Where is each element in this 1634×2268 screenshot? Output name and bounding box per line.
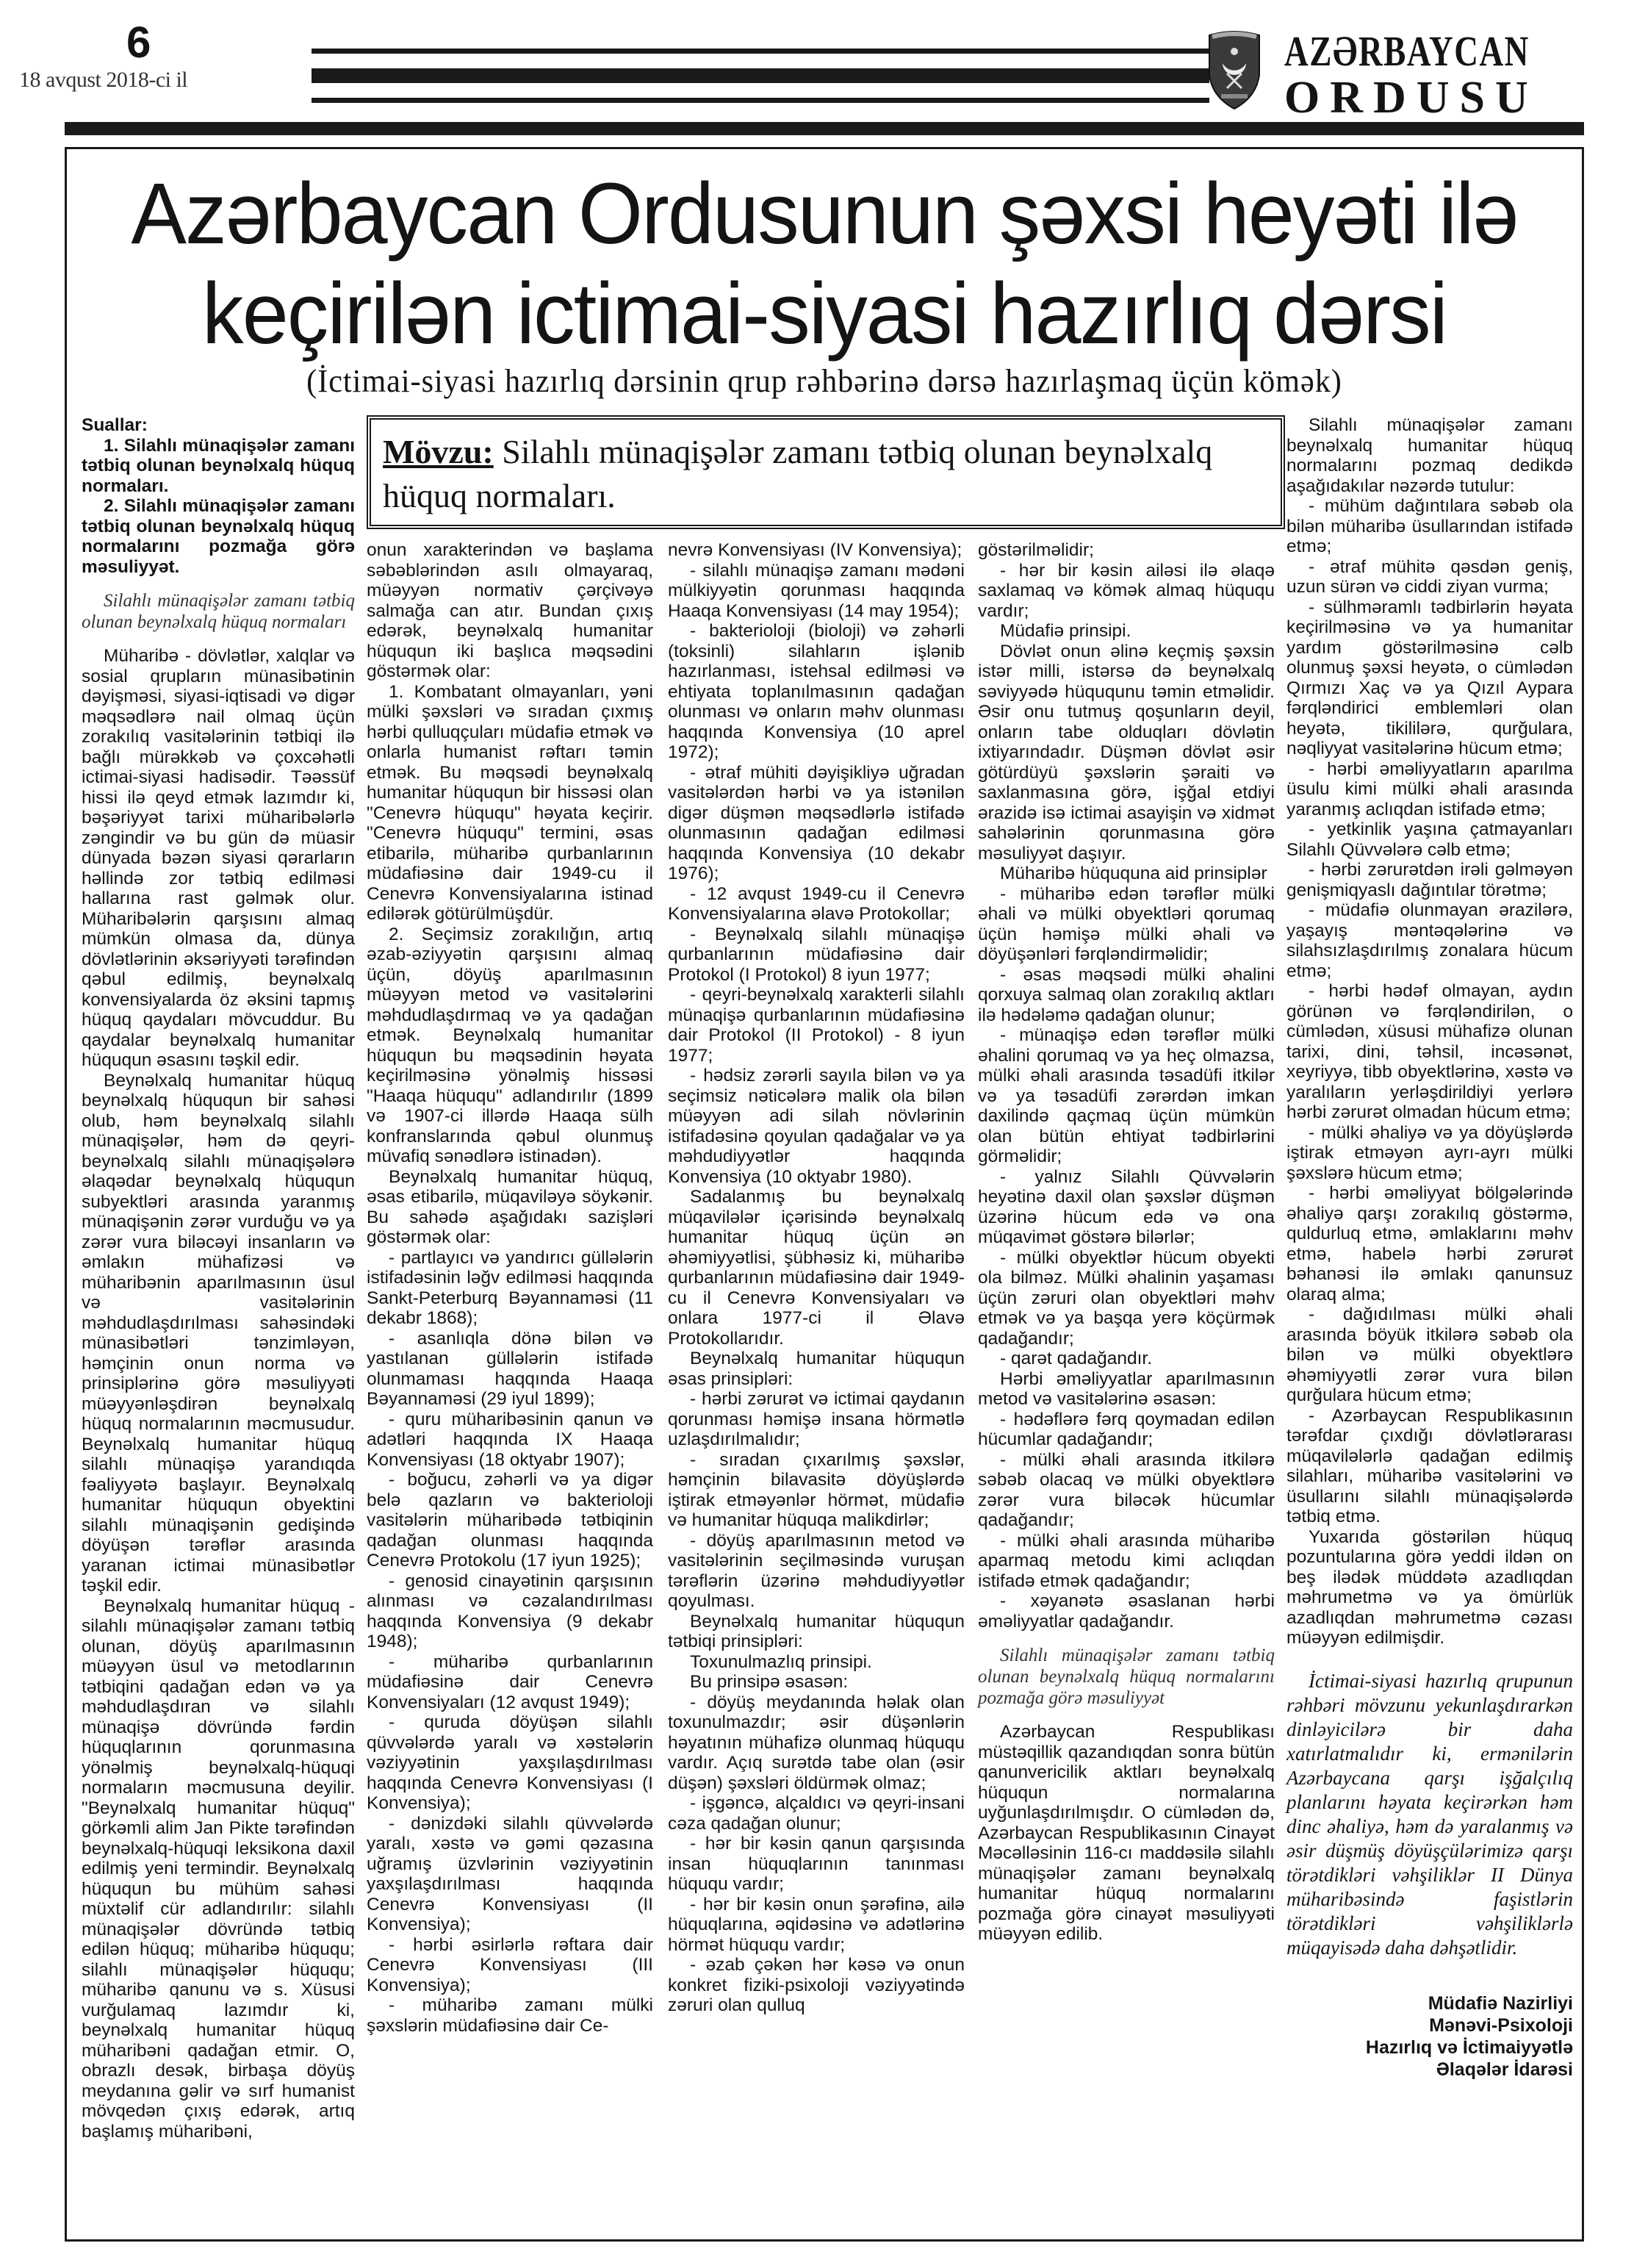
topic-text: Silahlı münaqişələr zamanı tətbiq olunan… — [383, 433, 1212, 514]
list-item: - döyüş meydanında həlak olan toxunulmaz… — [668, 1693, 965, 1794]
list-item: - hərbi hədəf olmayan, aydın görünən və … — [1286, 981, 1573, 1123]
paragraph: göstərilməlidir; — [978, 540, 1275, 561]
list-item: - Beynəlxalq silahlı münaqişə qurbanları… — [668, 925, 965, 986]
list-item: - hərbi əməliyyat bölgələrində əhaliyə q… — [1286, 1183, 1573, 1305]
article-signature: Müdafiə Nazirliyi Mənəvi-Psixoloji Hazır… — [1286, 1992, 1573, 2081]
list-item: - mülki əhali arasında itkilərə səbəb ol… — [978, 1450, 1275, 1531]
list-item: - quruda döyüşən silahlı qüvvələrdə yara… — [367, 1712, 653, 1814]
question-1: 1. Silahlı münaqişələr zamanı tətbiq olu… — [82, 436, 355, 497]
column-2: onun xarakterindən və başlama səbəblərin… — [367, 540, 653, 2036]
list-item: - genosid cinayətinin qarşısının alınmas… — [367, 1571, 653, 1652]
topic-box: Mövzu: Silahlı münaqişələr zamanı tətbiq… — [367, 415, 1285, 529]
questions-title: Suallar: — [82, 415, 355, 436]
masthead-rules — [312, 49, 1209, 118]
signature-line: Müdafiə Nazirliyi — [1286, 1992, 1573, 2014]
list-item: - mühüm dağıntılara səbəb ola bilən müha… — [1286, 496, 1573, 557]
list-item: - hər bir kəsin onun şərəfinə, ailə hüqu… — [668, 1895, 965, 1956]
list-item: - Azərbaycan Respublikasının tərəfdar çı… — [1286, 1406, 1573, 1527]
paragraph: Beynəlxalq humanitar hüququn əsas prinsi… — [668, 1349, 965, 1389]
list-item: - münaqişə edən tərəflər mülki əhalini q… — [978, 1025, 1275, 1167]
paragraph: Müharibə - dövlətlər, xalqlar və sosial … — [82, 646, 355, 1071]
list-item: - hərbi zərurət və ictimai qaydanın qoru… — [668, 1389, 965, 1450]
topic-label: Mövzu: — [383, 433, 494, 470]
paragraph: Sadalanmış bu beynəlxalq müqavilələr içə… — [668, 1187, 965, 1349]
paragraph: Beynəlxalq humanitar hüquq beynəlxalq hü… — [82, 1071, 355, 1596]
list-item: - qeyri-beynəlxalq xarakterli silahlı mü… — [668, 985, 965, 1066]
list-item: - müharibə zamanı mülki şəxslərin müdafi… — [367, 1995, 653, 2036]
page-number: 6 — [126, 21, 151, 65]
masthead-rule-thick — [312, 68, 1209, 83]
masthead-rule-thin — [312, 98, 1209, 103]
paragraph: 1. Kombatant olmayanları, yəni mülki şəx… — [367, 682, 653, 925]
list-item: - əzab çəkən hər kəsə və onun konkret fi… — [668, 1955, 965, 2016]
paragraph: Hərbi əməliyyatlar aparılmasının metod v… — [978, 1369, 1275, 1410]
list-item: - partlayıcı və yandırıcı güllələrin ist… — [367, 1248, 653, 1329]
list-item: - sıradan çıxarılmış şəxslər, həmçinin b… — [668, 1450, 965, 1531]
list-item: - sülhməramlı tədbirlərin həyata keçiril… — [1286, 597, 1573, 759]
paragraph: Dövlət onun əlinə keçmiş şəxsin istər mi… — [978, 642, 1275, 864]
paragraph: onun xarakterindən və başlama səbəblərin… — [367, 540, 653, 682]
list-item: - asanlıqla dönə bilən və yastılanan gül… — [367, 1329, 653, 1410]
list-item: - hərbi əsirlərlə rəftara dair Cenevrə K… — [367, 1935, 653, 1996]
list-item: - ətraf mühiti dəyişikliyə uğradan vasit… — [668, 763, 965, 884]
paragraph: Beynəlxalq humanitar hüququn tətbiqi pri… — [668, 1612, 965, 1652]
newspaper-brand: AZƏRBAYCAN ORDUSU — [1284, 29, 1634, 122]
list-item: - yalnız Silahlı Qüvvələrin heyətinə dax… — [978, 1167, 1275, 1248]
list-item: - ətraf mühitə qəsdən geniş, uzun sürən … — [1286, 557, 1573, 597]
paragraph: Beynəlxalq humanitar hüquq - silahlı mün… — [82, 1596, 355, 2142]
list-item: - əsas məqsədi mülki əhalini qorxuya sal… — [978, 965, 1275, 1026]
list-item: - mülki əhali arasında müharibə aparmaq … — [978, 1531, 1275, 1592]
brand-line-1: AZƏRBAYCAN — [1284, 29, 1583, 73]
paragraph: Müharibə hüququna aid prinsiplər — [978, 864, 1275, 884]
article-subtitle: (İctimai-siyasi hazırlıq dərsinin qrup r… — [97, 362, 1552, 400]
column-1: Suallar: 1. Silahlı münaqişələr zamanı t… — [82, 415, 355, 2142]
issue-date: 18 avqust 2018-ci il — [19, 68, 187, 93]
column-4: göstərilməlidir; - hər bir kəsin ailəsi … — [978, 540, 1275, 1945]
list-item: - mülki obyektlər hücum obyekti ola bilm… — [978, 1248, 1275, 1349]
paragraph: Toxunulmazlıq prinsipi. — [668, 1652, 965, 1673]
signature-line: Əlaqələr İdarəsi — [1286, 2059, 1573, 2081]
list-item: - yetkinlik yaşına çatmayanları Silahlı … — [1286, 819, 1573, 860]
closing-italic-note: İctimai-siyasi hazırlıq qrupunun rəhbəri… — [1286, 1669, 1573, 1960]
paragraph: Beynəlxalq humanitar hüquq, əsas etibari… — [367, 1167, 653, 1248]
list-item: - 12 avqust 1949-cu il Cenevrə Konvensiy… — [668, 884, 965, 925]
list-item: - bakterioloji (bioloji) və zəhərli (tok… — [668, 621, 965, 763]
masthead-rule-thin — [312, 49, 1209, 54]
list-item: - boğucu, zəhərli və ya digər belə qazla… — [367, 1470, 653, 1571]
list-item: - hərbi əməliyyatların aparılma üsulu ki… — [1286, 759, 1573, 820]
signature-line: Mənəvi-Psixoloji — [1286, 2014, 1573, 2036]
list-item: - dənizdəki silahlı qüvvələrdə yaralı, x… — [367, 1814, 653, 1935]
list-item: - quru müharibəsinin qanun və adətləri h… — [367, 1410, 653, 1471]
list-item: - mülki əhaliyə və ya döyüşlərdə iştirak… — [1286, 1123, 1573, 1184]
paragraph: Yuxarıda göstərilən hüquq pozuntularına … — [1286, 1527, 1573, 1648]
paragraph: Bu prinsipə əsasən: — [668, 1672, 965, 1693]
list-item: - hər bir kəsin qanun qarşısında insan h… — [668, 1834, 965, 1895]
list-item: - müharibə qurbanlarının müdafiəsinə dai… — [367, 1652, 653, 1713]
section-heading-1: Silahlı münaqişələr zamanı tətbiq olunan… — [82, 590, 355, 633]
signature-line: Hazırlıq və İctimaiyyətlə — [1286, 2036, 1573, 2059]
list-item: - hədəflərə fərq qoymadan edilən hücumla… — [978, 1410, 1275, 1450]
paragraph: nevrə Konvensiyası (IV Konvensiya); — [668, 540, 965, 561]
article-box: Azərbaycan Ordusunun şəxsi heyəti ilə ke… — [65, 147, 1584, 2242]
column-5: Silahlı münaqişələr zamanı beynəlxalq hu… — [1286, 415, 1573, 2081]
article-headline: Azərbaycan Ordusunun şəxsi heyəti ilə ke… — [97, 164, 1552, 364]
column-3: nevrə Konvensiyası (IV Konvensiya); - si… — [668, 540, 965, 2016]
list-item: - xəyanətə əsaslanan hərbi əməliyyatlar … — [978, 1591, 1275, 1632]
paragraph: Azərbaycan Respublikası müstəqillik qaza… — [978, 1722, 1275, 1945]
list-item: - dağıdılması mülki əhali arasında böyük… — [1286, 1305, 1573, 1406]
list-item: - hədsiz zərərli sayıla bilən və ya seçi… — [668, 1066, 965, 1187]
paragraph: Silahlı münaqişələr zamanı beynəlxalq hu… — [1286, 415, 1573, 496]
paragraph: 2. Seçimsiz zorakılığın, artıq əzab-əziy… — [367, 925, 653, 1167]
list-item: - işgəncə, alçaldıcı və qeyri-insani cəz… — [668, 1793, 965, 1834]
list-item: - hərbi zərurətdən irəli gəlməyən genişm… — [1286, 860, 1573, 900]
question-2: 2. Silahlı münaqişələr zamanı tətbiq olu… — [82, 496, 355, 577]
brand-line-2: ORDUSU — [1284, 73, 1634, 122]
list-item: - silahlı münaqişə zamanı mədəni mülkiyy… — [668, 561, 965, 622]
list-item: - döyüş aparılmasının metod və vasitələr… — [668, 1531, 965, 1612]
paragraph: Müdafiə prinsipi. — [978, 621, 1275, 642]
army-shield-emblem-icon — [1205, 29, 1264, 110]
section-heading-2: Silahlı münaqişələr zamanı tətbiq olunan… — [978, 1645, 1275, 1709]
list-item: - müdafiə olunmayan ərazilərə, yaşayış m… — [1286, 900, 1573, 981]
list-item: - qarət qadağandır. — [978, 1349, 1275, 1369]
list-item: - hər bir kəsin ailəsi ilə əlaqə saxlama… — [978, 561, 1275, 622]
list-item: - müharibə edən tərəflər mülki əhali və … — [978, 884, 1275, 965]
masthead-divider — [65, 122, 1584, 135]
